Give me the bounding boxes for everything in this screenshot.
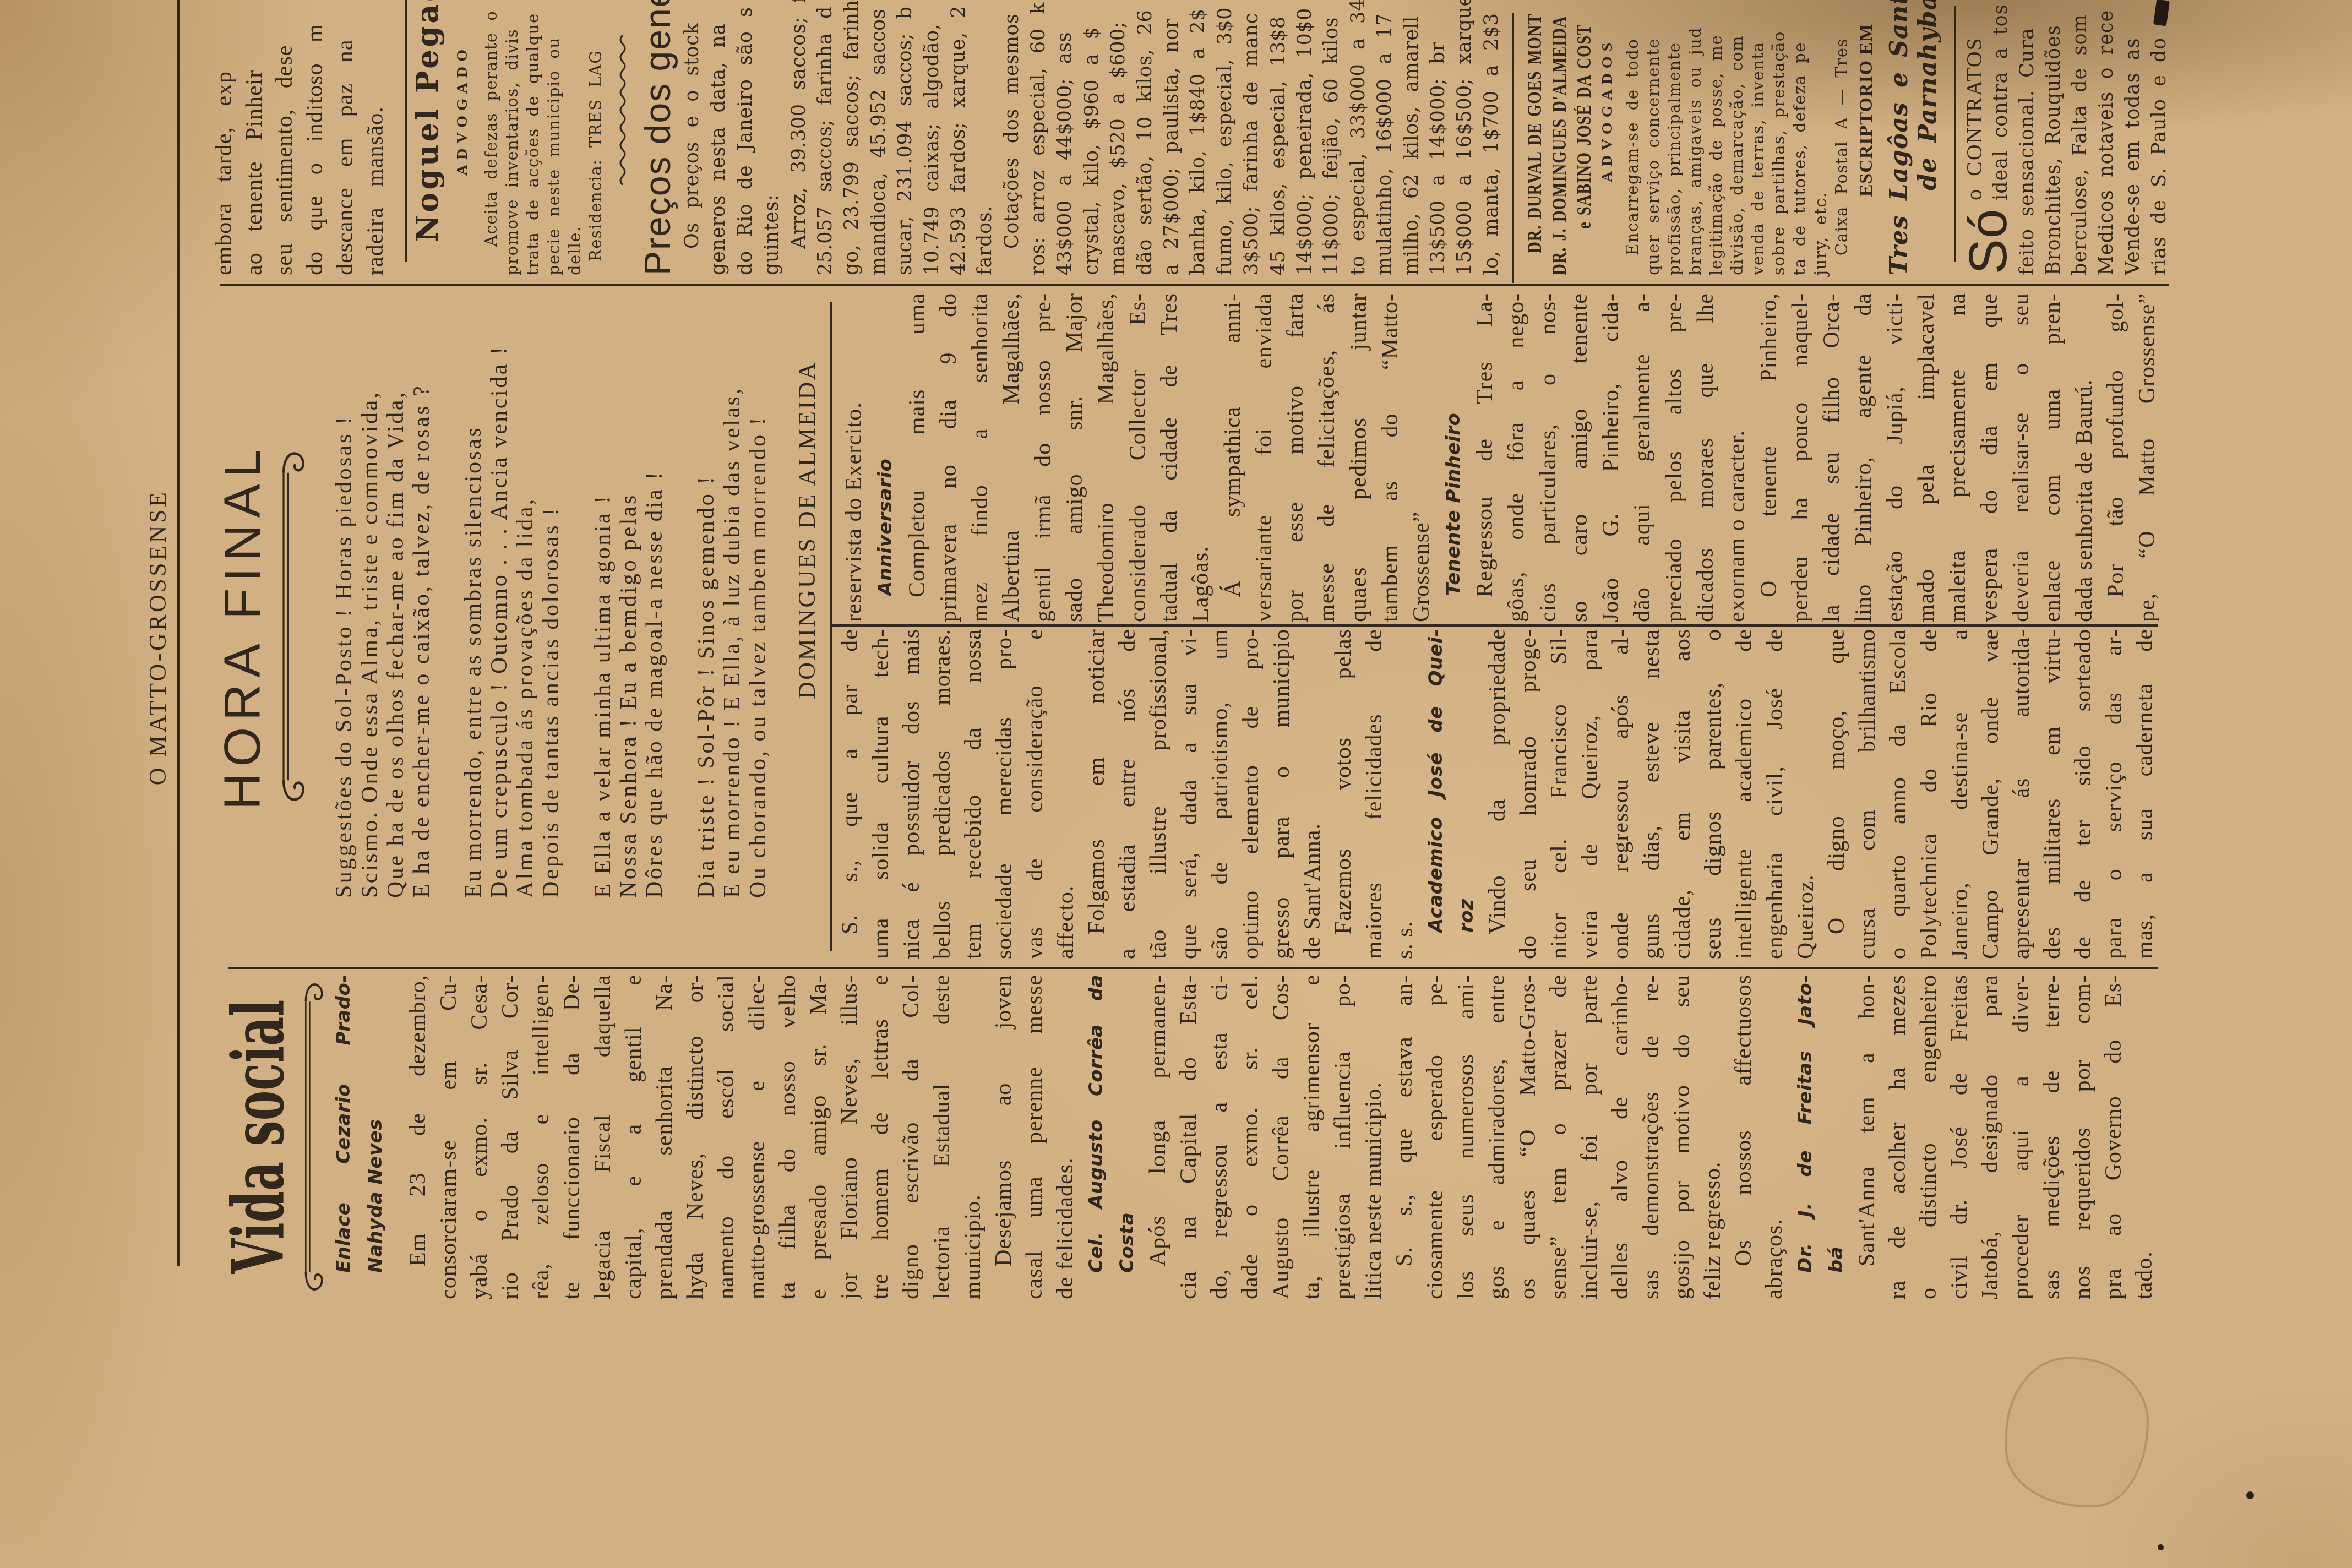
- text-line: tambem as do “Matto-: [1375, 293, 1406, 622]
- text-line: deveria realisar-se o seu: [2006, 293, 2037, 622]
- text-line: os quaes “O Matto-Gros-: [1512, 974, 1543, 1299]
- article-paragraph: Á sympathica anni-versariante foi enviad…: [1217, 293, 1438, 622]
- text-line: incluir-se, foi por parte: [1574, 974, 1605, 1299]
- text-line: 15$000 a 16$500; xarque: [1451, 0, 1478, 275]
- text-line: guns dias, esteve nesta: [1636, 629, 1667, 959]
- ink-speck: [2246, 1491, 2254, 1499]
- text-line: dada senhorita de Baurú.: [2069, 293, 2100, 622]
- poem-stanza: Suggestões do Sol-Posto ! Horas piedosas…: [331, 292, 435, 898]
- text-line: são de patriotismo, um: [1205, 629, 1235, 959]
- article-subheading: Academico José de Quei-roz: [1420, 629, 1482, 959]
- text-line: proceder aqui a diver-: [2006, 974, 2037, 1299]
- text-line: jury, etc.: [1810, 0, 1831, 275]
- text-line: Dia triste ! Sol-Pôr ! Sinos gemendo !: [694, 292, 720, 898]
- text-line: affecto.: [1050, 629, 1081, 959]
- text-line: Encarregam-se de todo: [1622, 0, 1643, 275]
- section-title: Preços dos gene: [633, 0, 682, 275]
- text-line: prendada senhorita Na-: [649, 974, 680, 1299]
- text-line: delle.: [564, 0, 585, 275]
- poem-title-ornament: [272, 442, 307, 811]
- text-line: embora tarde, exp: [209, 0, 239, 275]
- text-line: tre homem de lettras e: [865, 974, 896, 1299]
- text-line: sas demonstrações de re-: [1636, 974, 1667, 1299]
- text-line: divisão, demarcação, com: [1727, 0, 1747, 275]
- text-line: radeira mansão.: [361, 0, 391, 275]
- text-line: tem recebido da nossa: [958, 629, 989, 959]
- article-subheading: Cel. Augusto Corrêa daCosta: [1081, 974, 1142, 1299]
- text-line: bellos predicados moraes.: [927, 629, 958, 959]
- text-line: abraços.: [1759, 974, 1790, 1299]
- rule-divider: [1512, 13, 1514, 283]
- ornament-bracket-icon: [272, 442, 307, 811]
- text-line: do, regressou a esta ci-: [1204, 974, 1235, 1299]
- text-line: legacia Fiscal daquella: [587, 974, 618, 1299]
- text-line: municipio.: [957, 974, 988, 1299]
- text-line: mandioca, 45.952 saccos: [865, 0, 892, 275]
- text-line: Anniversario: [870, 293, 901, 596]
- text-line: enlace com uma pren-: [2037, 293, 2068, 622]
- text-line: rias de S. Paulo e do: [2146, 0, 2173, 275]
- text-line: lino Pinheiro, agente da: [1848, 293, 1880, 622]
- text-line: 25.057 saccos; farinha d: [812, 0, 839, 275]
- text-line: pecie neste municipio ou: [543, 0, 564, 275]
- text-line: mas, a sua caderneta de: [2130, 629, 2160, 959]
- text-line: Fazemos votos pelas: [1328, 629, 1359, 959]
- text-line: berculose, Falta de som: [2067, 0, 2093, 275]
- text-line: preciado pelos altos pre-: [1659, 293, 1690, 622]
- text-line: considerado Collector Es-: [1123, 293, 1154, 622]
- profession-label: ADVOGADOS: [1597, 0, 1619, 275]
- text-line: crystal, kilo, $960 a $: [1079, 0, 1105, 275]
- text-line: do seu honrado proge-: [1513, 629, 1544, 959]
- text-line: feito sensacional. Cura: [2014, 0, 2040, 275]
- text-line: dão sertão, 10 kilos, 26: [1132, 0, 1158, 275]
- lawyer-name: Noguel Pegad: [410, 0, 445, 275]
- article-paragraph: reservista do Exercito.: [839, 293, 870, 622]
- text-line: vas de consideração e: [1020, 629, 1050, 959]
- rule-divider: [1954, 6, 1956, 262]
- text-line: namento do escól social: [711, 974, 742, 1299]
- text-line: guintes:: [759, 0, 785, 275]
- text-line: Em 23 de dezembro,: [402, 974, 433, 1299]
- text-line: Theodomiro Magalhães,: [1091, 293, 1122, 622]
- text-line: tão illustre profissional,: [1143, 629, 1174, 959]
- text-line: Janeiro, destina-se a: [1945, 629, 1975, 959]
- wavy-divider: [617, 35, 628, 185]
- text-line: s. s.: [1390, 629, 1420, 959]
- text-line: mez findo a senhorita: [965, 293, 996, 622]
- text-line: dicados moraes que lhe: [1690, 293, 1722, 622]
- text-line: digno escrivão da Col-: [896, 974, 927, 1299]
- text-line: que será, dada a sua vi-: [1174, 629, 1205, 959]
- text-line: Polytechnica do Rio de: [1914, 629, 1945, 959]
- text-line: Costa: [1112, 974, 1142, 1273]
- text-line: cia na Capital do Esta-: [1173, 974, 1204, 1299]
- poem-author: DOMINGUES DE ALMEIDA: [795, 361, 819, 699]
- text-line: Nahyda Neves: [360, 974, 391, 1273]
- text-line: 42.593 fardos; xarque, 2: [945, 0, 972, 275]
- text-line: Desejamos ao joven: [988, 974, 1019, 1299]
- text-line: gentil irmã do nosso pre-: [1028, 293, 1059, 622]
- text-line: messe de felicitações, ás: [1311, 293, 1343, 622]
- text-line: 3$500; farinha de manc: [1238, 0, 1265, 275]
- text-line: consorciaram-se em Cu-: [433, 974, 464, 1299]
- column-rule: [228, 967, 2158, 969]
- article-paragraph: O tenente Pinheiro,perdeu ha pouco naque…: [1754, 293, 2100, 622]
- article-subheading: Dr. J. de Freitas Jato-bá: [1790, 974, 1852, 1299]
- article-paragraph: Regressou de Tres La-gôas, onde fôra a n…: [1469, 293, 1754, 622]
- text-line: Arroz, 39.300 saccos; fe: [786, 0, 812, 275]
- text-line: o distincto engenheiro: [1913, 974, 1944, 1299]
- text-line: go, 23.799 saccos; farinh: [839, 0, 865, 275]
- article-paragraph: Após longa permanen-cia na Capital do Es…: [1142, 974, 1389, 1299]
- text-line: la cidade seu filho Orca-: [1816, 293, 1848, 622]
- text-line: Tenente Pinheiro: [1438, 293, 1469, 596]
- text-line: los seus numerosos ami-: [1451, 974, 1482, 1299]
- article-paragraph: S. s., que estava an-ciosamente esperado…: [1389, 974, 1728, 1299]
- text-line: veira de Queiroz, para: [1575, 629, 1605, 959]
- text-line: do Rio de Janeiro são s: [732, 0, 759, 275]
- text-line: E eu morrendo ! E Ella, à luz dubia das …: [720, 292, 745, 898]
- poem-stanza: E Ella a velar minha ultima agonia !Noss…: [590, 292, 668, 898]
- text-line: vespera do dia em que: [1974, 293, 2006, 622]
- text-line: Campo Grande, onde vae: [1975, 629, 2006, 959]
- text-line: O digno moço, que: [1821, 629, 1852, 959]
- article-paragraph: Os nossos affectuososabraços.: [1728, 974, 1790, 1299]
- text-line: sociedade merecidas pro-: [989, 629, 1020, 959]
- text-line: apresentar ás autorida-: [2006, 629, 2037, 959]
- text-line: gôas, onde fôra a nego-: [1501, 293, 1532, 622]
- text-line: generos nesta data, na: [705, 0, 732, 275]
- poem-bottom-rule: [830, 302, 832, 951]
- notice-paragraph: Aceita defezas perante opromove inventar…: [481, 0, 585, 275]
- text-line: DR. DURVAL DE GOES MONT: [1522, 11, 1547, 275]
- text-line: ta filha do nosso velho: [772, 974, 803, 1299]
- drop-cap: Só: [1962, 209, 2015, 274]
- text-line: ra de acolher ha mezes: [1882, 974, 1913, 1299]
- text-line: sobre partilhas, prestação: [1768, 0, 1789, 275]
- text-line: nica é possuidor dos mais: [896, 629, 927, 959]
- text-line: Medicos notaveis o rece: [2093, 0, 2120, 275]
- text-line: venda de terras, inventa: [1747, 0, 1768, 275]
- text-line: Ou chorando, ou talvez tambem morrendo !: [745, 292, 771, 898]
- text-line: 10.749 caixas; algodão,: [919, 0, 945, 275]
- text-line: a 27$000; paulista, nor: [1158, 0, 1185, 275]
- article-paragraph: O digno moço, quecursa com brilhantismoo…: [1821, 629, 2160, 959]
- text-line: litica neste municipio.: [1358, 974, 1389, 1299]
- text-line: S. s., que a par de: [835, 629, 865, 959]
- text-line: tadual da cidade de Tres: [1154, 293, 1185, 622]
- text-line: Sant'Anna tem a hon-: [1852, 974, 1882, 1299]
- section-title: Vida social: [220, 974, 296, 1299]
- article-paragraph: S. s., que a par deuma solida cultura te…: [835, 629, 1081, 959]
- article-paragraph: Vindo da propriedadedo seu honrado proge…: [1482, 629, 1821, 959]
- text-line: Folgamos em noticiar: [1081, 629, 1112, 959]
- text-line: do que o inditoso m: [300, 0, 330, 275]
- advertisement: Sóo CONTRATOSideal contra a tosfeito sen…: [1961, 0, 2173, 275]
- text-line: feliz regresso.: [1697, 974, 1728, 1299]
- text-line: Após longa permanen-: [1142, 974, 1173, 1299]
- office-locations: Tres Lagôas e Santde Parnahyba: [1885, 0, 1942, 275]
- text-line: so caro amigo tenente: [1564, 293, 1596, 622]
- text-line: jor Floriano Neves, illus-: [834, 974, 865, 1299]
- notice-paragraph: Caixa Postal A — Tres: [1831, 0, 1852, 275]
- text-line: E Ella a velar minha ultima agonia !: [590, 292, 616, 898]
- wavy-rule-icon: [617, 35, 628, 185]
- text-line: legitimação de posse, me: [1706, 0, 1727, 275]
- text-line: e presado amigo sr. Ma-: [803, 974, 834, 1299]
- column-1: Vida socialEnlace Cezario Prado-Nahyda N…: [220, 974, 2160, 1299]
- text-line: cios particulares, o nos-: [1533, 293, 1564, 622]
- text-line: Vindo da propriedade: [1482, 629, 1513, 959]
- text-line: descance em paz na: [330, 0, 361, 275]
- text-line: mado pela implacavel: [1911, 293, 1942, 622]
- article-paragraph: Por tão profundo gol-pe, “O Matto Grosse…: [2100, 293, 2164, 622]
- text-line: Queiroz.: [1790, 629, 1821, 959]
- text-line: milho, 62 kilos, amarell: [1398, 0, 1425, 275]
- text-line: 11$000; feijão, 60 kilos: [1318, 0, 1344, 275]
- article-paragraph: Completou mais umaprimavera no dia 9 dom…: [902, 293, 1217, 622]
- article-paragraph: embora tarde, expao tenente Pinheirseu s…: [209, 0, 391, 275]
- article-paragraph: Em 23 de dezembro,consorciaram-se em Cu-…: [402, 974, 988, 1299]
- text-line: DR. J. DOMINGUES D'ALMEIDA: [1547, 11, 1572, 275]
- text-line: nitor cel. Francisco Sil-: [1544, 629, 1575, 959]
- text-line: trata de acções de qualque: [522, 0, 543, 275]
- text-line: dade o exmo. sr. cel.: [1235, 974, 1266, 1299]
- text-line: 14$000; peneirada, 10$0: [1292, 0, 1318, 275]
- text-line: branças, amigaveis ou jud: [1685, 0, 1706, 275]
- water-stain: [2005, 1357, 2149, 1507]
- article-paragraph: Folgamos em noticiara estadia entre nós …: [1081, 629, 1328, 959]
- column-4: embora tarde, expao tenente Pinheirseu s…: [209, 0, 2173, 275]
- text-line: Caixa Postal A — Tres: [1831, 0, 1852, 275]
- text-line: e SABINO JOSÉ DA COST: [1572, 11, 1597, 275]
- text-line: bá: [1821, 974, 1852, 1273]
- text-line: casal uma perenne messe: [1019, 974, 1050, 1299]
- text-line: Tres Lagôas e Sant: [1885, 0, 1914, 275]
- text-line: primavera no dia 9 do: [933, 293, 965, 622]
- text-line: yabá o exmo. sr. Cesa-: [464, 974, 495, 1299]
- text-line: Grossense”: [1406, 293, 1438, 622]
- text-line: 45 kilos, especial, 13$8: [1265, 0, 1292, 275]
- text-line: gos e admiradores, entre: [1482, 974, 1512, 1299]
- text-line: rio Prado da Silva Cor-: [495, 974, 526, 1299]
- running-head: O MATTO-GROSSENSE: [144, 478, 172, 797]
- text-line: O tenente Pinheiro,: [1754, 293, 1785, 622]
- text-line: De um crepusculo ! Outomno . . . Ancia v…: [487, 292, 513, 898]
- rule-divider: [405, 0, 407, 262]
- text-line: engenharia civil, José de: [1760, 629, 1790, 959]
- text-line: maleita precisamente na: [1942, 293, 1974, 622]
- ornament-bracket-icon: [296, 974, 325, 1299]
- column-2: S. s., que a par deuma solida cultura te…: [835, 629, 2160, 959]
- text-line: versariante foi enviada: [1249, 293, 1280, 622]
- poem-stanza: Dia triste ! Sol-Pôr ! Sinos gemendo !E …: [694, 292, 771, 898]
- text-line: Dôres que hão de magoal-a nesse dia !: [642, 292, 668, 898]
- text-line: cidade, em visita aos: [1667, 629, 1698, 959]
- text-line: Os nossos affectuosos: [1728, 974, 1759, 1299]
- text-line: pe, “O Matto Grossense”: [2132, 293, 2163, 622]
- text-line: o quarto anno da Escola: [1883, 629, 1914, 959]
- text-line: Completou mais uma: [902, 293, 933, 622]
- text-line: de Sant'Anna.: [1297, 629, 1328, 959]
- text-line: nos requeridos por com-: [2067, 974, 2098, 1299]
- text-line: to especial, 33$000 a 34: [1345, 0, 1371, 275]
- text-line: maiores felicidades de: [1359, 629, 1390, 959]
- text-line: civil dr. José de Freitas: [1944, 974, 1975, 1299]
- ornament-divider: [296, 974, 325, 1299]
- text-line: Aceita defezas perante o: [481, 0, 502, 275]
- article-subheading: Enlace Cezario Prado-Nahyda Neves: [328, 974, 391, 1299]
- text-line: Scismo. Onde essa Alma, triste e commovi…: [357, 292, 383, 898]
- text-line: banha, kilo, 1$840 a 2$: [1185, 0, 1211, 275]
- poem-stanza: Eu morrendo, entre as sombras silenciosa…: [461, 292, 564, 898]
- text-line: delles alvo de carinho-: [1605, 974, 1636, 1299]
- text-line: matto-grossense e dilec-: [742, 974, 772, 1299]
- text-line: cursa com brilhantismo: [1852, 629, 1883, 959]
- text-line: Cel. Augusto Corrêa da: [1081, 974, 1112, 1273]
- text-line: intelligente academico de: [1729, 629, 1760, 959]
- price-paragraph: Cotações dos mesmos gros: arroz especial…: [999, 0, 1505, 275]
- text-line: 43$000 a 44$000; ass: [1052, 0, 1078, 275]
- text-line: reservista do Exercito.: [839, 293, 870, 622]
- column-3: reservista do Exercito.AnniversarioCompl…: [839, 293, 2163, 622]
- text-line: S. s., que estava an-: [1389, 974, 1420, 1299]
- text-line: gosijo por motivo do seu: [1667, 974, 1697, 1299]
- text-line: seus dignos parentes, o: [1698, 629, 1729, 959]
- text-line: Augusto Corrêa da Cos-: [1266, 974, 1297, 1299]
- article-paragraph: Desejamos ao jovencasal uma perenne mess…: [988, 974, 1081, 1299]
- text-line: E ha de encher-me o caixão, talvez, de r…: [409, 292, 435, 898]
- text-line: Lagôas.: [1185, 293, 1217, 622]
- text-line: estação do Jupiá, victi-: [1880, 293, 1911, 622]
- text-line: ta de tutores, defeza pe: [1789, 0, 1810, 275]
- column-rule: [220, 284, 2169, 286]
- newspaper-page: O MATTO-GROSSENSE Vida socialEnlace Ceza…: [0, 0, 2352, 1568]
- text-line: sense” tem o prazer de: [1543, 974, 1574, 1299]
- text-line: rêa, zeloso e intelligen-: [526, 974, 557, 1299]
- text-line: Suggestões do Sol-Posto ! Horas piedosas…: [331, 292, 357, 898]
- text-line: pra ao Governo do Es-: [2098, 974, 2129, 1299]
- text-line: gresso para o municipio: [1266, 629, 1297, 959]
- text-line: sucar, 231.094 saccos; b: [892, 0, 918, 275]
- article-paragraph: Sant'Anna tem a hon-ra de acolher ha mez…: [1852, 974, 2160, 1299]
- text-line: Que ha de os olhos fechar-me ao fim da V…: [383, 292, 409, 898]
- text-line: mulatinho, 16$000 a 17: [1371, 0, 1398, 275]
- text-line: Dr. J. de Freitas Jato-: [1790, 974, 1821, 1273]
- text-line: Á sympathica anni-: [1217, 293, 1249, 622]
- text-line: roz: [1451, 629, 1482, 933]
- price-paragraph: Arroz, 39.300 saccos; fe25.057 saccos; f…: [786, 0, 999, 275]
- text-line: Residencia: TRES LAG: [585, 0, 606, 275]
- notice-heading: ESCRIPTORIO EM: [1854, 0, 1879, 275]
- text-line: mascavo, $520 a $600;: [1105, 0, 1131, 275]
- text-line: sado amigo snr. Major: [1059, 293, 1091, 622]
- poem-title: HORA FINAL: [217, 292, 268, 961]
- ink-speck: [2158, 1544, 2164, 1550]
- text-line: hyda Neves, distincto or-: [680, 974, 711, 1299]
- text-line: lectoria Estadual deste: [927, 974, 957, 1299]
- text-line: fumo, kilo, especial, 3$0: [1212, 0, 1238, 275]
- text-line: lo, manta, 1$700 a 2$3: [1478, 0, 1505, 275]
- article-paragraph: Fazemos votos pelasmaiores felicidades d…: [1328, 629, 1420, 959]
- text-line: Eu morrendo, entre as sombras silenciosa…: [461, 292, 487, 898]
- text-line: Academico José de Quei-: [1420, 629, 1451, 933]
- notice-paragraph: Residencia: TRES LAG: [585, 0, 606, 275]
- text-line: ao tenente Pinheir: [239, 0, 270, 275]
- text-line: 13$500 a 14$000; br: [1425, 0, 1451, 275]
- text-line: perdeu ha pouco naquel-: [1785, 293, 1816, 622]
- price-paragraph: Os preços e o stockgeneros nesta data, n…: [679, 0, 786, 275]
- text-line: João G. Pinheiro, cida-: [1596, 293, 1627, 622]
- text-line: Alma tombada ás provações da lida,: [513, 292, 538, 898]
- text-line: Enlace Cezario Prado-: [328, 974, 360, 1273]
- text-line: capital, e a gentil e: [618, 974, 649, 1299]
- text-line: prestigiosa influencia po-: [1327, 974, 1358, 1299]
- text-line: promove inventarios, divis: [502, 0, 522, 275]
- text-line: exornam o caracter.: [1722, 293, 1753, 622]
- text-line: de Parnahyba: [1914, 0, 1942, 275]
- text-line: uma solida cultura tech-: [865, 629, 896, 959]
- text-line: onde regressou após al-: [1605, 629, 1636, 959]
- text-line: Cotações dos mesmos g: [999, 0, 1025, 275]
- text-line: sas medições de terre-: [2037, 974, 2067, 1299]
- text-line: Depois de tantas ancias dolorosas !: [538, 292, 564, 898]
- profession-label: ADVOGADO: [451, 0, 473, 275]
- text-line: a estadia entre nós de: [1112, 629, 1143, 959]
- text-line: optimo elemento de pro-: [1235, 629, 1266, 959]
- law-firm-names: DR. DURVAL DE GOES MONTDR. J. DOMINGUES …: [1522, 0, 1597, 275]
- text-line: Regressou de Tres La-: [1469, 293, 1501, 622]
- text-line: dão aqui geralmente a-: [1627, 293, 1658, 622]
- text-line: tado.: [2129, 974, 2160, 1299]
- text-line: ros: arroz especial, 60 k: [1025, 0, 1052, 275]
- text-line: Os preços e o stock: [679, 0, 705, 275]
- text-line: por esse motivo farta: [1280, 293, 1311, 622]
- article-subheading: Anniversario: [870, 293, 901, 622]
- text-line: de de ter sido sorteado: [2068, 629, 2099, 959]
- text-line: te funccionario da De-: [557, 974, 587, 1299]
- text-line: Jatobá, designado para: [1975, 974, 2006, 1299]
- text-line: Bronchites, Rouquidões: [2040, 0, 2067, 275]
- header-rule: [177, 0, 180, 1266]
- article-subheading: Tenente Pinheiro: [1438, 293, 1469, 622]
- text-line: Por tão profundo gol-: [2100, 293, 2132, 622]
- text-line: des militares em virtu-: [2037, 629, 2068, 959]
- poem-body: Suggestões do Sol-Posto ! Horas piedosas…: [331, 292, 797, 898]
- notice-paragraph: Encarregam-se de todoquer serviço concer…: [1622, 0, 1831, 275]
- text-line: de felicidades.: [1050, 974, 1081, 1299]
- text-line: Vende-se em todas as: [2120, 0, 2146, 275]
- text-line: profissão, principalmente: [1664, 0, 1685, 275]
- text-line: fardos.: [972, 0, 998, 275]
- text-line: quaes pedimos juntar: [1343, 293, 1375, 622]
- text-line: quer serviço concernente: [1643, 0, 1664, 275]
- text-line: ciosamente esperado pe-: [1420, 974, 1451, 1299]
- text-line: para o serviço das ar-: [2099, 629, 2130, 959]
- text-line: seu sentimento, dese: [270, 0, 300, 275]
- text-line: Nossa Senhora ! Eu a bemdigo pelas: [616, 292, 642, 898]
- text-line: ta, illustre agrimensor e: [1297, 974, 1327, 1299]
- text-line: Albertina Magalhães,: [996, 293, 1027, 622]
- column-rule: [832, 624, 2158, 627]
